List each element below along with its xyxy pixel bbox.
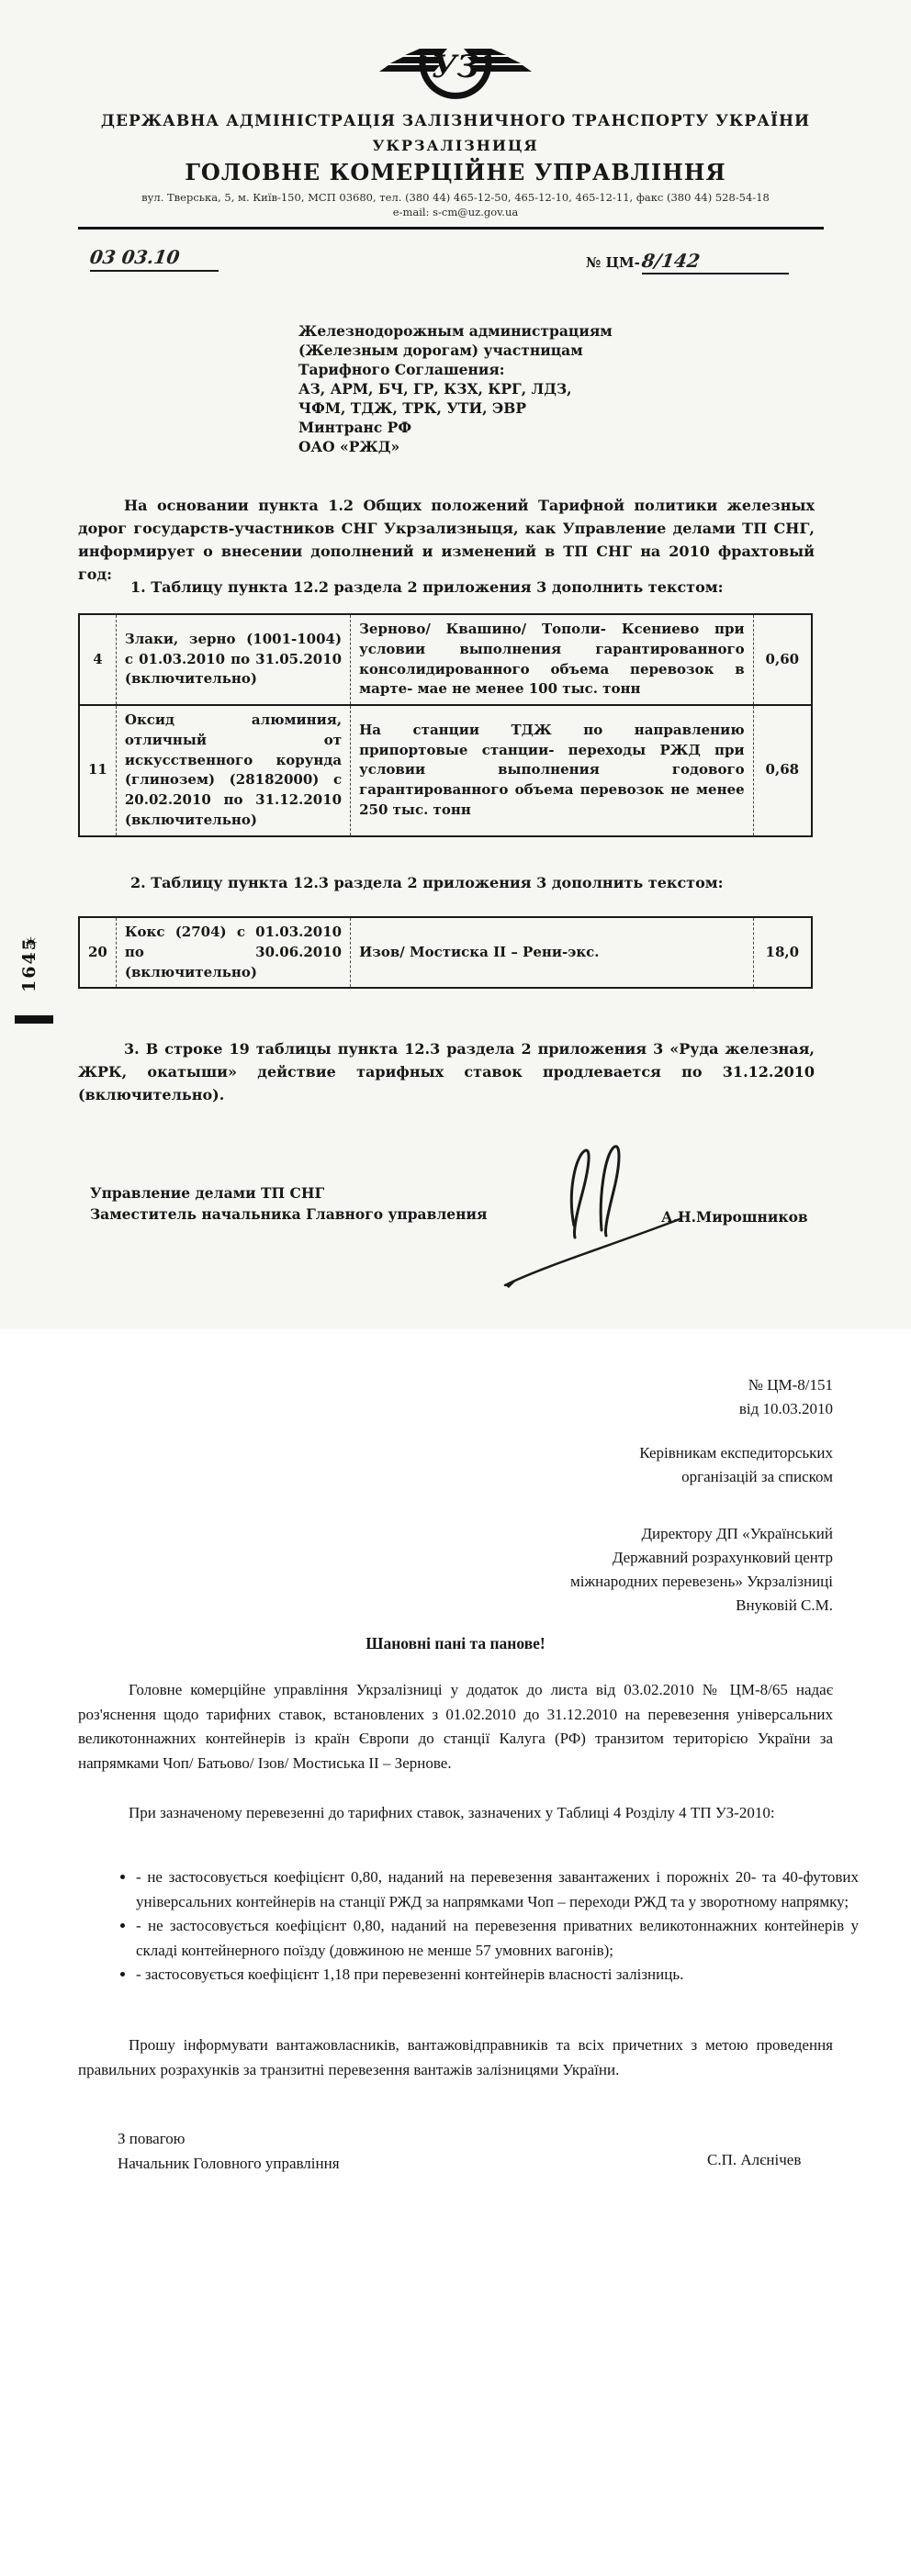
intro-paragraph: На основании пункта 1.2 Общих положений … [78,494,815,586]
rate-cell: 0,68 [753,705,812,836]
closing-block: З повагою Начальник Головного управління [118,2126,340,2176]
org-contact-line: вул. Тверська, 5, м. Київ-150, МСП 03680… [55,191,856,204]
page2-addressee-1: Керівникам експедиторських організацій з… [367,1441,833,1489]
body-paragraph-1: Головне комерційне управління Укрзалізни… [78,1678,833,1775]
item2-heading: 2. Таблицу пункта 12.3 раздела 2 приложе… [130,874,724,891]
org-name-line3: ГОЛОВНЕ КОМЕРЦІЙНЕ УПРАВЛІННЯ [55,159,856,185]
handwritten-number: 8/142 [642,250,789,274]
handwritten-date: 03 03.10 [90,246,219,272]
addressee-line: міжнародних перевезень» Укрзалізниці [367,1570,833,1594]
document-number: № ЦМ-8/142 [586,250,789,274]
addressee-line: АЗ, АРМ, БЧ, ГР, КЗХ, КРГ, ЛДЗ, [298,379,684,398]
org-name-line1: ДЕРЖАВНА АДМІНІСТРАЦІЯ ЗАЛІЗНИЧНОГО ТРАН… [55,112,856,130]
salutation: Шановні пані та панове! [78,1634,833,1653]
cargo-cell: Злаки, зерно (1001-1004) с 01.03.2010 по… [116,614,350,705]
addressee-line: Директору ДП «Український [367,1522,833,1546]
item1-heading: 1. Таблицу пункта 12.2 раздела 2 приложе… [130,578,724,596]
row-number-cell: 20 [79,917,116,988]
route-condition-cell: На станции ТДЖ по направлению припортовы… [351,705,754,836]
addressee-line: Тарифного Соглашения: [298,360,684,379]
bullet-list: - не застосовується коефіцієнт 0,80, над… [110,1865,859,1988]
cargo-cell: Оксид алюминия, отличный от искусственно… [116,705,350,836]
row-number-cell: 4 [79,614,116,705]
bullet-item: - не застосовується коефіцієнт 0,80, над… [136,1865,859,1914]
page2-reference: № ЦМ-8/151 від 10.03.2010 [367,1373,833,1421]
margin-stamp-number: 1645 [19,937,39,992]
route-condition-cell: Изов/ Мостиска II – Рени-экс. [351,917,754,988]
rate-cell: 18,0 [753,917,812,988]
row-number-cell: 11 [79,705,116,836]
addressee-line: Керівникам експедиторських [367,1441,833,1465]
item3-paragraph: 3. В строке 19 таблицы пункта 12.3 разде… [78,1037,815,1106]
closing-regards: З повагою [118,2126,340,2151]
route-condition-cell: Зерново/ Квашино/ Тополи- Ксениево при у… [351,614,754,705]
body-paragraph-2: При зазначеному перевезенні до тарифних … [78,1801,833,1826]
bullet-item: - застосовується коефіцієнт 1,18 при пер… [136,1963,859,1988]
closing-signer-name: С.П. Алєнічев [707,2151,801,2169]
rate-cell: 0,60 [753,614,812,705]
addressee-line: (Железным дорогам) участницам [298,341,684,360]
letterhead-divider [78,227,824,230]
addressee-line: Державний розрахунковий центр [367,1546,833,1570]
ukrzaliznytsia-logo-icon: УЗ [0,35,911,114]
org-name-line2: УКРЗАЛІЗНИЦЯ [55,137,856,154]
cargo-cell: Кокс (2704) с 01.03.2010 по 30.06.2010 (… [116,917,350,988]
signoff-block: Управление делами ТП СНГ Заместитель нач… [90,1182,487,1225]
svg-text:УЗ: УЗ [432,49,479,85]
addressee-line: Внуковій С.М. [367,1594,833,1618]
addressee-line: Железнодорожным администрациям [298,321,684,341]
closing-title: Начальник Головного управління [118,2151,340,2176]
page2-addressee-2: Директору ДП «Український Державний розр… [367,1522,833,1618]
addressee-line: організацій за списком [367,1465,833,1489]
tariff-table-1: 4 Злаки, зерно (1001-1004) с 01.03.2010 … [78,613,813,837]
signoff-org: Управление делами ТП СНГ [90,1182,487,1204]
tariff-table-2: 20 Кокс (2704) с 01.03.2010 по 30.06.201… [78,916,813,989]
addressee-line: Минтранс РФ [298,418,684,437]
ref-date: від 10.03.2010 [367,1397,833,1421]
addressee-block: Железнодорожным администрациям (Железным… [298,321,684,456]
number-label: № ЦМ- [586,254,640,271]
scanned-document: УЗ ДЕРЖАВНА АДМІНІСТРАЦІЯ ЗАЛІЗНИЧНОГО Т… [0,0,911,2576]
bullet-item: - не застосовується коефіцієнт 0,80, над… [136,1914,859,1963]
signoff-title: Заместитель начальника Главного управлен… [90,1204,487,1225]
margin-stamp-bar [15,1015,53,1024]
addressee-line: ОАО «РЖД» [298,437,684,456]
table-row: 20 Кокс (2704) с 01.03.2010 по 30.06.201… [79,917,812,988]
table-row: 4 Злаки, зерно (1001-1004) с 01.03.2010 … [79,614,812,705]
signer-name: А.Н.Мирошников [661,1208,808,1226]
body-paragraph-3: Прошу інформувати вантажовласників, вант… [78,2033,833,2082]
addressee-line: ЧФМ, ТДЖ, ТРК, УТИ, ЭВР [298,398,684,418]
table-row: 11 Оксид алюминия, отличный от искусстве… [79,705,812,836]
org-email-line: e-mail: s-cm@uz.gov.ua [55,206,856,218]
ref-number: № ЦМ-8/151 [367,1373,833,1397]
